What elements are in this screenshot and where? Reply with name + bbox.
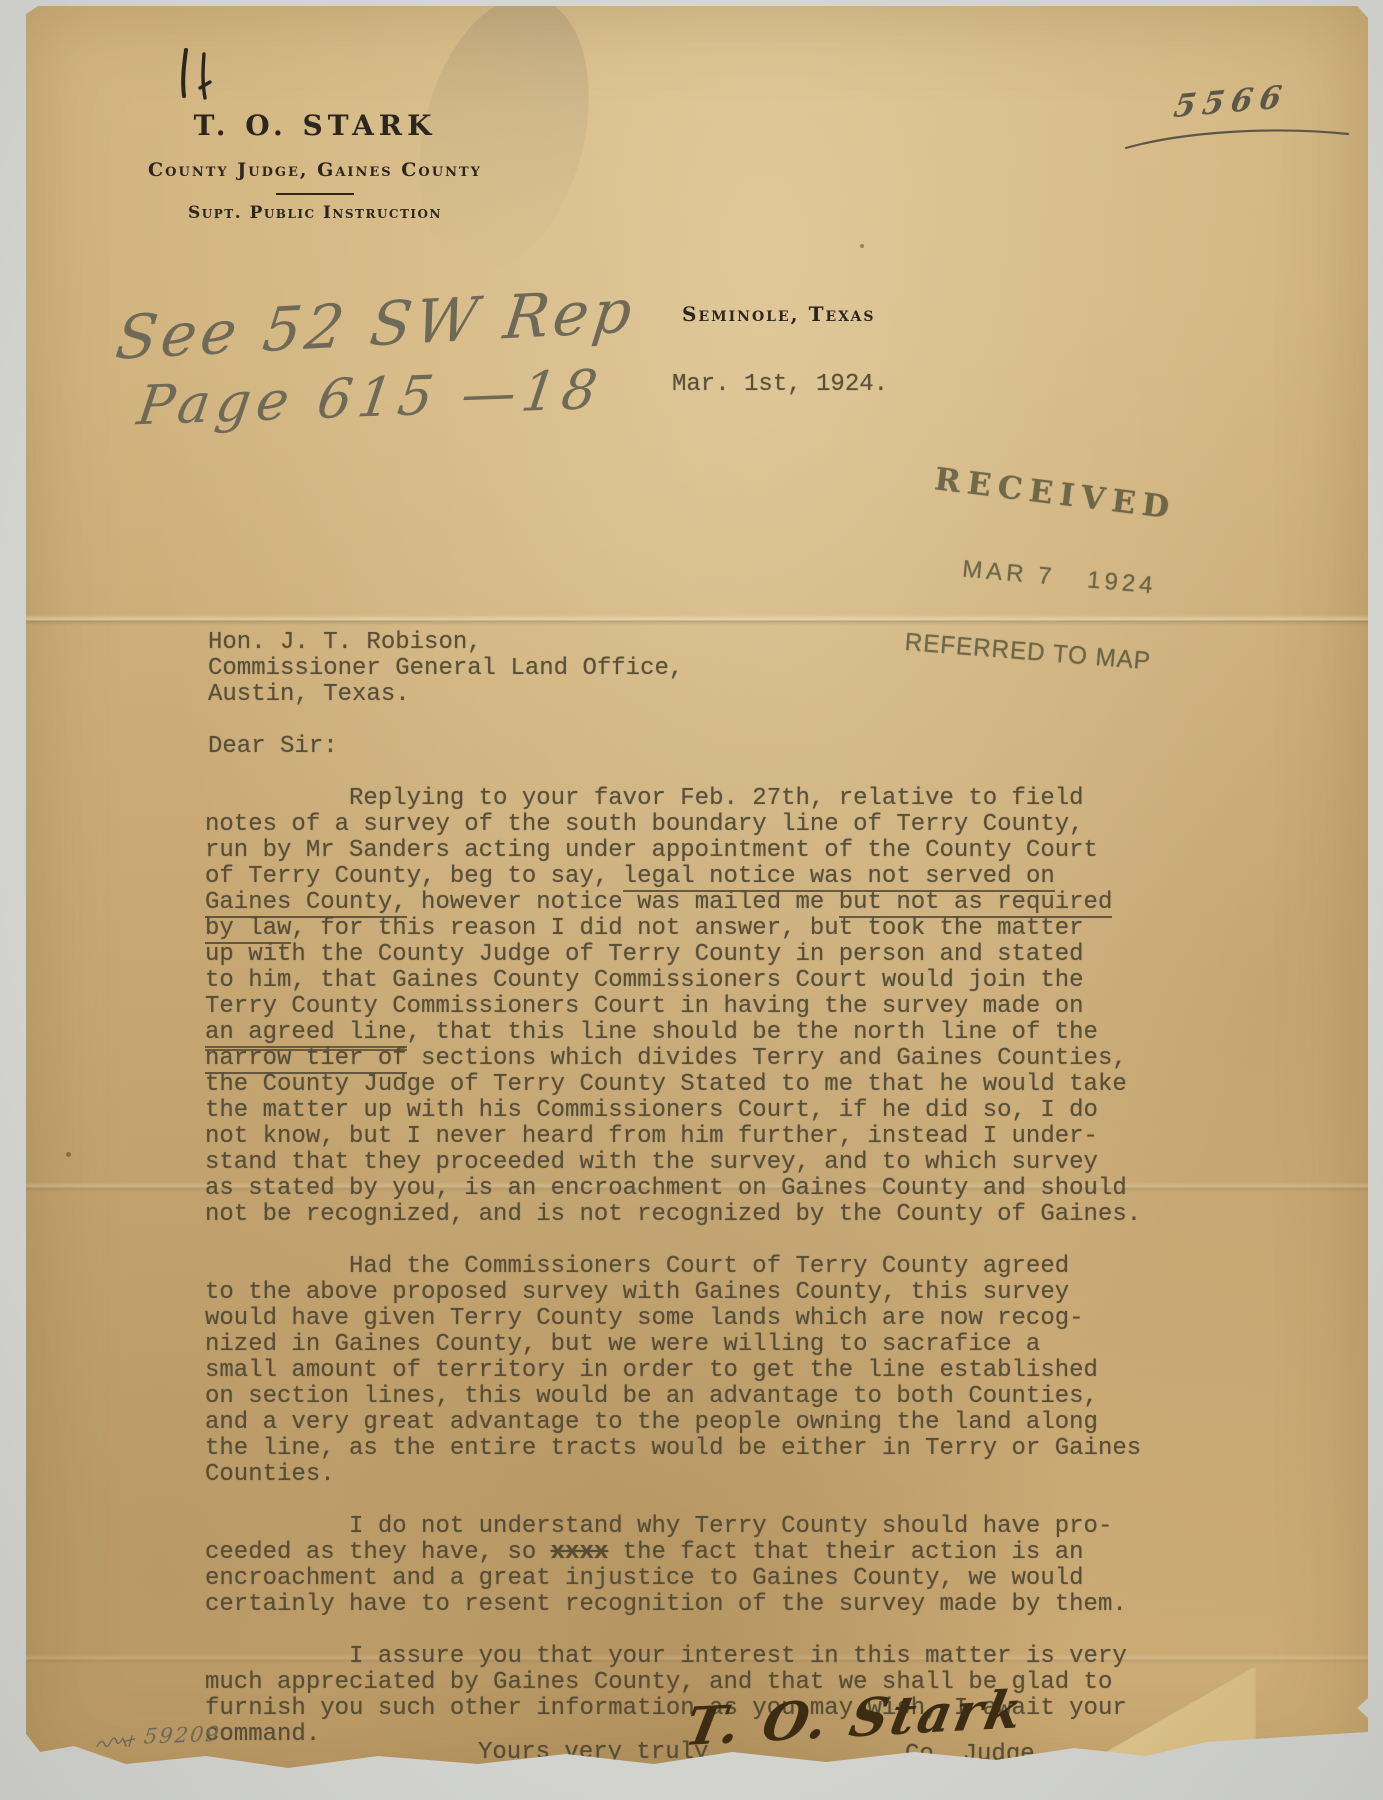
fold-crease-top [26,615,1368,625]
letter-line: I assure you that your interest in this … [205,1644,1225,1670]
letter-line: Terry County Commissioners Court in havi… [205,994,1225,1020]
pencil-squiggle-icon [95,1733,139,1751]
letter-text-segment: Counties. [205,1461,335,1488]
letter-text-segment: nized in Gaines County, but we were will… [205,1331,1040,1358]
blank-line [205,1618,1225,1644]
letter-line: certainly have to resent recognition of … [205,1592,1225,1618]
letter-line: Counties. [205,1462,1225,1488]
letter-line: as stated by you, is an encroachment on … [205,1176,1225,1202]
letter-text-segment: to the above proposed survey with Gaines… [205,1279,1069,1306]
letter-text-segment: I do not understand why Terry County sho… [205,1513,1112,1540]
letter-text-segment: Replying to your favor Feb. 27th, relati… [205,785,1084,812]
ink-speck [860,244,864,248]
letter-line: Gaines County, however notice was mailed… [205,890,1225,916]
letter-line: the line, as the entire tracts would be … [205,1436,1225,1462]
letter-line: run by Mr Sanders acting under appointme… [205,838,1225,864]
letter-line: not know, but I never heard from him fur… [205,1124,1225,1150]
letter-line: the County Judge of Terry County Stated … [205,1072,1225,1098]
letter-text-segment: by law [205,915,291,944]
file-number-text: 59209 [143,1722,222,1749]
pencil-underline-swoosh-icon [1122,118,1352,152]
letterhead-title: County Judge, Gaines County [120,159,510,181]
handwritten-page-note: Page 615 —18 [134,358,607,438]
letter-text-segment: notes of a survey of the south boundary … [205,811,1084,838]
letter-text-segment: Gaines County, [205,889,407,918]
pencil-file-number: 59209 [95,1722,222,1750]
letter-line: the matter up with his Commissioners Cou… [205,1098,1225,1124]
letter-line: notes of a survey of the south boundary … [205,812,1225,838]
letter-text-segment: legal notice was not served on [623,863,1055,892]
letter-text-segment: to him, that Gaines County Commissioners… [205,967,1084,994]
recipient-line: Commissioner General Land Office, [208,656,683,682]
letter-text-segment: I assure you that your interest in this … [205,1643,1127,1670]
signature-title: Co. Judge. [905,1742,1049,1768]
letter-line: stand that they proceeded with the surve… [205,1150,1225,1176]
received-date-stamp: MAR 7 1924 [961,556,1157,601]
letterhead-subtitle: Supt. Public Instruction [120,203,510,223]
blank-line [205,1488,1225,1514]
pen-scribble-mark-icon [172,44,226,108]
letter-text-segment: would have given Terry County some lands… [205,1305,1084,1332]
letter-line: on section lines, this would be an advan… [205,1384,1225,1410]
letterhead-place: Seminole, Texas [682,302,875,326]
letter-text-segment: xxxx [551,1539,609,1566]
letter-paper: 5566 T. O. STARK County Judge, Gaines Co… [26,6,1368,1778]
letter-text-segment: ceeded as they have, so [205,1539,551,1566]
letter-text-segment: as stated by you, is an encroachment on … [205,1175,1127,1202]
letter-line: ceeded as they have, so xxxx the fact th… [205,1540,1225,1566]
letter-text-segment: but not as required [839,889,1113,918]
letter-text-segment: the fact that their action is an [608,1539,1083,1566]
letter-line: nized in Gaines County, but we were will… [205,1332,1225,1358]
letter-text-segment: however notice was mailed me [407,889,839,916]
recipient-line: Hon. J. T. Robison, [208,630,683,656]
letter-text-segment: sections which divides Terry and Gaines … [407,1045,1127,1072]
scan-background: 5566 T. O. STARK County Judge, Gaines Co… [0,0,1383,1800]
letter-line: not be recognized, and is not recognized… [205,1202,1225,1228]
letter-line: to the above proposed survey with Gaines… [205,1280,1225,1306]
letter-line: of Terry County, beg to say, legal notic… [205,864,1225,890]
letter-text-segment: encroachment and a great injustice to Ga… [205,1565,1084,1592]
letter-text-segment: Had the Commissioners Court of Terry Cou… [205,1253,1069,1280]
letter-text-segment: the County Judge of Terry County Stated … [205,1071,1127,1098]
letter-text-segment: run by Mr Sanders acting under appointme… [205,837,1098,864]
letter-text-segment: and a very great advantage to the people… [205,1409,1098,1436]
letter-text-segment: stand that they proceeded with the surve… [205,1149,1098,1176]
letter-line: much appreciated by Gaines County, and t… [205,1670,1225,1696]
letter-line: encroachment and a great injustice to Ga… [205,1566,1225,1592]
letterhead-rule [276,193,354,195]
letter-text-segment: the line, as the entire tracts would be … [205,1435,1141,1462]
letter-text-segment: of Terry County, beg to say, [205,863,623,890]
letter-line: and a very great advantage to the people… [205,1410,1225,1436]
letter-text-segment: certainly have to resent recognition of … [205,1591,1127,1618]
referred-to-map-stamp: REFERRED TO MAP [904,628,1152,676]
letter-line: Had the Commissioners Court of Terry Cou… [205,1254,1225,1280]
letter-text-segment: narrow tier of [205,1045,407,1074]
letter-text-segment: small amount of territory in order to ge… [205,1357,1098,1384]
letter-line: would have given Terry County some lands… [205,1306,1225,1332]
letter-line: Replying to your favor Feb. 27th, relati… [205,786,1225,812]
letter-text-segment: , for this reason I did not answer, but … [291,915,1083,942]
letter-body: Replying to your favor Feb. 27th, relati… [205,786,1225,1748]
letter-text-segment: Terry County Commissioners Court in havi… [205,993,1084,1020]
letter-line: an agreed line, that this line should be… [205,1020,1225,1046]
date-line: Mar. 1st, 1924. [672,372,888,398]
letterhead-block: T. O. STARK County Judge, Gaines County … [120,110,510,223]
letter-text-segment: the matter up with his Commissioners Cou… [205,1097,1098,1124]
blank-line [205,1228,1225,1254]
recipient-line: Austin, Texas. [208,682,683,708]
received-stamp: RECEIVED [933,461,1178,526]
recipient-block: Hon. J. T. Robison, Commissioner General… [208,630,683,708]
letter-text-segment: on section lines, this would be an advan… [205,1383,1098,1410]
letter-line: up with the County Judge of Terry County… [205,942,1225,968]
salutation: Dear Sir: [208,734,338,760]
letter-line: narrow tier of sections which divides Te… [205,1046,1225,1072]
letter-line: by law, for this reason I did not answer… [205,916,1225,942]
letter-text-segment: , that this line should be the north lin… [407,1019,1098,1046]
letter-text-segment: command. [205,1721,320,1748]
letter-line: small amount of territory in order to ge… [205,1358,1225,1384]
letter-line: I do not understand why Terry County sho… [205,1514,1225,1540]
letter-line: to him, that Gaines County Commissioners… [205,968,1225,994]
ink-speck [66,1152,71,1157]
letter-text-segment: up with the County Judge of Terry County… [205,941,1084,968]
letter-text-segment: not know, but I never heard from him fur… [205,1123,1098,1150]
letter-text-segment: not be recognized, and is not recognized… [205,1201,1141,1228]
letterhead-name: T. O. STARK [120,110,510,142]
